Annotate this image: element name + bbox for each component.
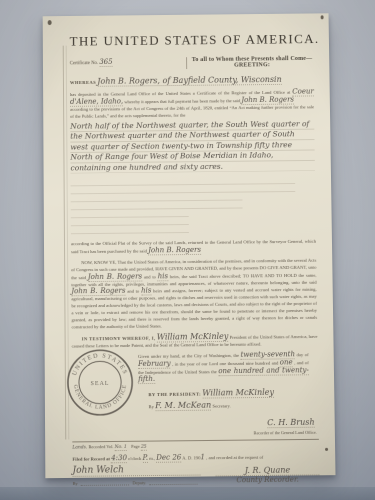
general-land-office-seal: UNITED STATES GENERAL LAND OFFICE SEAL	[64, 346, 137, 419]
testimony-label: IN TESTIMONY WHEREOF, I,	[82, 335, 156, 341]
deputy-signature: John Welch	[72, 465, 123, 476]
certificate-label: Certificate No.	[70, 61, 98, 66]
recorder-label: Recorder of the General Land Office.	[149, 430, 319, 437]
secretary-line: By F. M. McKean Secretary.	[148, 400, 318, 412]
recorded-vol-line: Lands. Recorded Vol. No. 1 Page 25	[72, 444, 146, 451]
given-text-1: Given under my hand, at the City of Wash…	[138, 353, 239, 359]
filed-ampm: P.	[142, 454, 148, 463]
bottom-signatures: John Welch By Deputy. J. R. Quane County…	[72, 463, 319, 486]
seal-center-text: SEAL	[90, 381, 109, 387]
grant-text-4: and to	[127, 289, 139, 294]
month-handwritten: February	[138, 359, 171, 368]
page-number: 25	[141, 445, 147, 451]
recorder-line: C. H. Brush	[149, 412, 319, 432]
president-signature-block: BY THE PRESIDENT: William McKinley By F.…	[148, 386, 318, 437]
filed-time: 4:30	[111, 454, 127, 463]
plat-paragraph: according to the Official Plat of the Su…	[71, 239, 316, 256]
grantee-name: John B. Rogers, of Bayfield County, Wisc…	[97, 75, 281, 87]
grant-text-2: and to	[144, 274, 156, 279]
act-paragraph: according to the provisions of the Act o…	[70, 104, 314, 120]
act-text: according to the provisions of the Act o…	[70, 104, 314, 118]
filed-date: Dec 26	[156, 454, 181, 463]
grant-paragraph: NOW, KNOW YE, That the United States of …	[71, 258, 317, 332]
heirs-word-1: his	[158, 272, 168, 281]
secretary-label: Secretary.	[212, 404, 230, 409]
photo-scene: THE UNITED STATES OF AMERICA. Certificat…	[0, 0, 375, 500]
by-label: By	[148, 404, 153, 409]
blank-ruled-lines	[71, 176, 316, 234]
filed-text-2: o'clock	[128, 456, 141, 461]
filed-line: Filed for Record at 4:30 o'clock P. m., …	[72, 453, 319, 464]
land-description: North half of the Northwest quarter, the…	[70, 119, 315, 174]
filed-text-5: , and recorded at the request of	[206, 455, 263, 461]
by-label-bottom: By	[73, 481, 78, 486]
divider	[186, 57, 187, 69]
president-signature: William McKinley	[202, 388, 274, 399]
filed-text-4: A. D. 190	[182, 455, 200, 460]
certificate-row: Certificate No. 365 To all to Whom these…	[70, 56, 314, 70]
county-recorder-label: County Recorder.	[216, 475, 320, 484]
purchaser-name: John B. Rogers	[148, 246, 201, 256]
whereas-line: WHEREAS John B. Rogers, of Bayfield Coun…	[70, 75, 314, 87]
filed-text-3: m.,	[149, 456, 155, 461]
given-text-2: day of	[297, 352, 309, 357]
given-block: Given under my hand, at the City of Wash…	[138, 351, 309, 385]
by-president-line: BY THE PRESIDENT: William McKinley	[148, 388, 318, 400]
deposit-text-3: by the said	[220, 98, 240, 103]
pin-mark	[48, 20, 52, 25]
whereas-label: WHEREAS	[70, 80, 96, 85]
deputy-signature-block: John Welch By Deputy.	[72, 464, 201, 486]
heirs-word-2: his	[141, 287, 151, 296]
by-president-label: BY THE PRESIDENT:	[148, 392, 201, 398]
recorder-signature: C. H. Brush	[267, 418, 315, 429]
given-text-4: and	[272, 360, 279, 365]
filed-year: 1	[200, 453, 205, 461]
deposit-text-2: whereby it appears that full payment has…	[124, 98, 219, 104]
lands-label: Lands.	[72, 445, 87, 450]
document-title: THE UNITED STATES OF AMERICA.	[70, 31, 314, 49]
secretary-signature: F. M. McKean	[155, 401, 211, 412]
recorded-vol-row: Lands. Recorded Vol. No. 1 Page 25	[72, 442, 319, 451]
greeting-line: To all to Whom these Presents shall Come…	[191, 56, 314, 69]
given-text-3: , in the year of our Lord one thousand n…	[172, 360, 270, 366]
deputy-label: Deputy.	[132, 480, 146, 485]
page-label: Page	[131, 444, 140, 449]
certificate-number: 365	[99, 58, 112, 67]
pin-mark	[325, 448, 328, 451]
table-edge	[0, 487, 375, 500]
recording-section: Lands. Recorded Vol. No. 1 Page 25 Filed…	[72, 439, 319, 486]
recorded-label: Recorded Vol.	[88, 444, 113, 449]
recorded-vol-value: No. 1	[115, 445, 127, 451]
county-recorder-block: J. R. Quane County Recorder.	[216, 465, 320, 484]
certificate-number-line: Certificate No. 365	[70, 57, 182, 66]
pin-mark	[321, 15, 324, 19]
filed-text-1: Filed for Record at	[72, 456, 110, 461]
land-patent-document: THE UNITED STATES OF AMERICA. Certificat…	[43, 13, 336, 478]
